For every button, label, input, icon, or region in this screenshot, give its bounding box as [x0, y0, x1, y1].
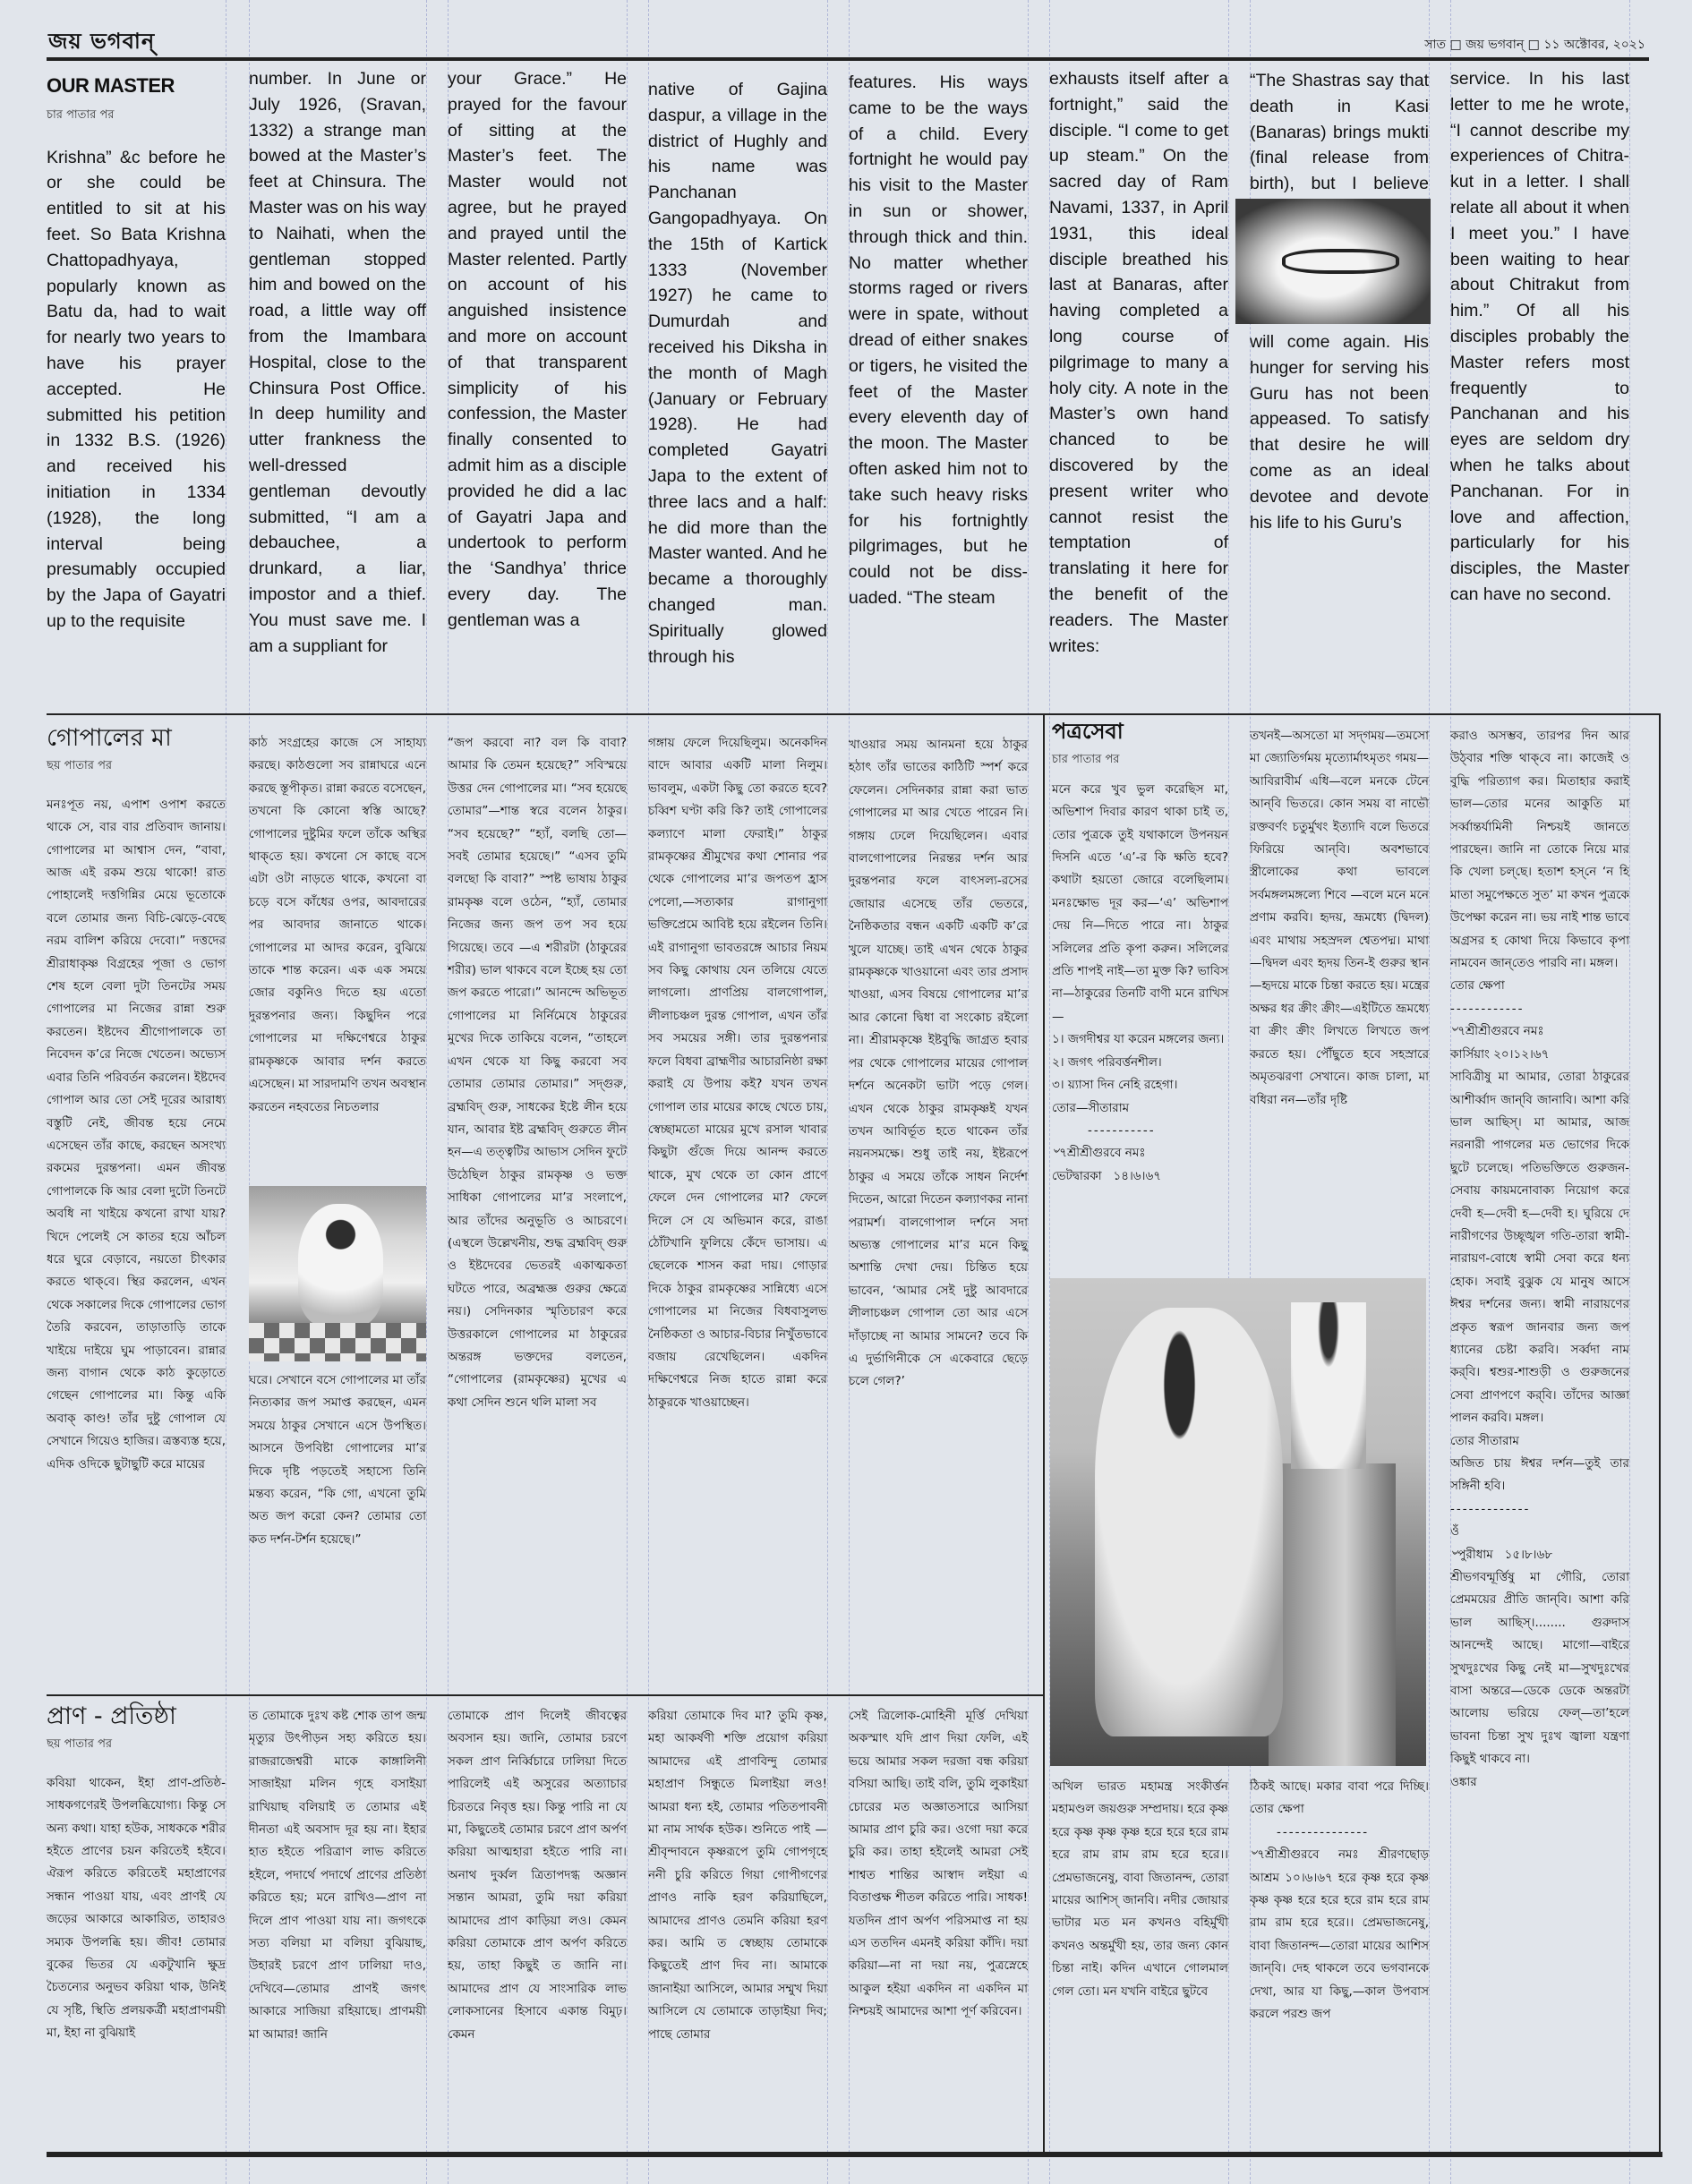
letter-signature: ওঙ্কার — [1450, 1771, 1629, 1794]
letter-text: ৺৭শ্রীশ্রীগুরবে নমঃ শ্রীরণছোড় আশ্রম ১০।… — [1250, 1844, 1429, 2026]
krishna-figure — [298, 1204, 383, 1327]
prana-col-5: সেই ত্রিলোক-মোহিনী মূর্ত্তি দেখিয়া অকস্… — [849, 1705, 1028, 2024]
teaching-2: ২। জগৎ পরিবর্ত্তনশীল। — [1052, 1052, 1228, 1074]
patraseva-bottom-col-2: ঠিকই আছে। মকার বাবা পরে দিচ্ছি। তোর ক্ষে… — [1250, 1776, 1429, 2026]
divider-dashes: ------------- — [1450, 1498, 1629, 1521]
our-master-col-6: exhausts itself after a fortnight,” said… — [1049, 66, 1228, 659]
continued-from: ছয় পাতার পর — [47, 1733, 226, 1755]
article-text: কবিয়া থাকেন, ইহা প্রাণ-প্রতিষ্ঠ-সাধকগণে… — [47, 1772, 226, 2045]
article-text: মনঃপূত নয়, এপাশ ওপাশ করতে থাকে সে, বার … — [47, 794, 226, 1476]
glasses-detail — [1282, 249, 1399, 274]
column-guide — [1028, 0, 1029, 2184]
column-guide — [426, 0, 427, 2184]
letter-place-date: ৺পুরীধাম ১৫।৮।৬৮ — [1450, 1544, 1629, 1566]
masthead: জয় ভগবান্ সাত □ জয় ভগবান্ □ ১১ অক্টোবর… — [47, 25, 1649, 61]
gopaler-ma-col-5: খাওয়ার সময় আনমনা হয়ে ঠাকুর হঠাৎ তাঁর … — [849, 734, 1028, 1394]
prana-col-3: তোমাকে প্রাণ দিলেই জীবত্বের অবসান হয়। জ… — [448, 1705, 627, 2046]
patraseva-col-3: করাও অসম্ভব, তারপর দিন আর উঠ্‌বার শক্তি … — [1450, 725, 1629, 1794]
section-divider — [47, 1694, 1043, 1696]
letter-heading: ৺৭শ্রীশ্রীগুরবে নমঃ — [1052, 1142, 1228, 1165]
continued-from: চার পাতার পর — [47, 103, 226, 129]
sadhu-figure — [1095, 1308, 1283, 1737]
letter-postscript: অজিত চায় ঈশ্বর দর্শন—তুই তার সঙ্গিনী হব… — [1450, 1453, 1629, 1498]
column-guide — [627, 0, 628, 2184]
checkered-floor — [249, 1323, 426, 1361]
portrait-photo — [1235, 199, 1431, 324]
our-master-col-2: number. In June or July 1926, (Sravan, 1… — [249, 66, 426, 659]
patraseva-bottom-col-1: অখিল ভারত মহামন্ত্র সংকীর্ত্তন মহামণ্ডল … — [1052, 1776, 1228, 2003]
patraseva-col-1: পত্রসেবা চার পাতার পর মনে করে খুব ভুল কর… — [1052, 721, 1228, 1188]
newspaper-logo: জয় ভগবান্ — [48, 25, 155, 61]
letter-text: ঠিকই আছে। মকার বাবা পরে দিচ্ছি। তোর ক্ষে… — [1250, 1776, 1429, 1821]
letter-signature: তোর সীতারাম — [1450, 1430, 1629, 1453]
our-master-col-5: features. His ways came to be the ways o… — [849, 70, 1028, 611]
letter-place-date: কার্সিয়াং ২০।১২।৬৭ — [1450, 1044, 1629, 1066]
statue-detail — [1291, 1302, 1366, 1468]
letter-place-date: ভেটদ্বারকা ১৪।৬।৬৭ — [1052, 1165, 1228, 1188]
section-title: গোপালের মা — [47, 727, 226, 749]
divider-dashes: --------------- — [1250, 1821, 1429, 1844]
gopaler-ma-col-4: গঙ্গায় ফেলে দিয়েছিলুম। অনেকদিন বাদে আব… — [648, 732, 827, 1414]
our-master-col-4: native of Gajina daspur, a village in th… — [648, 77, 827, 670]
page-dateline: সাত □ জয় ভগবান্ □ ১১ অক্টোবর, ২০২১ — [1424, 34, 1645, 55]
patraseva-col-2: তখনই—অসতো মা সদ্‌গময়—তমসো মা জ্যোতির্গম… — [1250, 725, 1429, 1112]
continued-from: চার পাতার পর — [1052, 748, 1228, 771]
gopaler-ma-col-1: গোপালের মা ছয় পাতার পর মনঃপূত নয়, এপাশ… — [47, 727, 226, 1476]
letter-text: সাবিত্রীষু মা আমার, তোরা ঠাকুরের আশীর্ব্… — [1450, 1066, 1629, 1430]
gopaler-ma-col-2-continued: ঘরে। সেখানে বসে গোপালের মা তাঁর নিত্যকার… — [249, 1369, 426, 1551]
gopaler-ma-col-3: “জপ করবো না? বল কি বাবা? আমার কি তেমন হয… — [448, 732, 627, 1414]
column-guide — [226, 0, 226, 2184]
pillar-detail — [1269, 1463, 1397, 1766]
teaching-1: ১। জগদীশ্বর যা করেন মঙ্গলের জন্য। — [1052, 1028, 1228, 1051]
prana-col-1: প্রাণ - প্রতিষ্ঠা ছয় পাতার পর কবিয়া থা… — [47, 1705, 226, 2045]
our-master-col-3: your Grace.” He prayed for the favour of… — [448, 66, 627, 634]
prana-col-2: ত তোমাকে দুঃখ কষ্ট শোক তাপ জন্ম মৃত্যুর … — [249, 1705, 426, 2046]
om-symbol: ওঁ — [1450, 1521, 1629, 1543]
column-guide — [827, 0, 828, 2184]
our-master-col-1: OUR MASTER চার পাতার পর Krishna” &c befo… — [47, 73, 226, 635]
our-master-col-7-continued: will come again. His hunger for serving … — [1250, 329, 1429, 535]
divider-dashes: ----------- — [1052, 1120, 1228, 1142]
divider-dashes: ------------ — [1450, 998, 1629, 1020]
teaching-3: ৩। য়্যাসা দিন নেহি রহেগা। — [1052, 1074, 1228, 1096]
letter-signature: তোর ক্ষেপা — [1450, 975, 1629, 997]
gopaler-ma-col-2: কাঠ সংগ্রহের কাজে সে সাহায্য করছে। কাঠগু… — [249, 732, 426, 1180]
continued-from: ছয় পাতার পর — [47, 755, 226, 777]
letter-text: শ্রীভগবন্মূর্ত্তিষু মা গৌরি, তোরা প্রেমম… — [1450, 1566, 1629, 1771]
letter-text: মনে করে খুব ভুল করেছিস মা, অভিশাপ দিবার … — [1052, 779, 1228, 1028]
letter-signature: তোর—সীতারাম — [1052, 1097, 1228, 1120]
prana-col-4: করিয়া তোমাকে দিব মা? তুমি কৃষ্ণ, মহা আক… — [648, 1705, 827, 2046]
article-text: Krishna” &c before he or she could be en… — [47, 145, 226, 635]
footer-rule — [47, 2152, 1662, 2157]
section-title: পত্রসেবা — [1052, 721, 1228, 743]
section-divider — [47, 713, 1043, 715]
sadhu-photo — [1050, 1278, 1426, 1766]
our-master-col-8: service. In his last letter to me he wro… — [1450, 66, 1629, 608]
letter-text: করাও অসম্ভব, তারপর দিন আর উঠ্‌বার শক্তি … — [1450, 725, 1629, 975]
section-title: প্রাণ - প্রতিষ্ঠা — [47, 1705, 226, 1728]
bal-gopal-photo — [249, 1186, 426, 1361]
section-title: OUR MASTER — [47, 73, 226, 99]
letter-heading: ৺৭শ্রীশ্রীগুরবে নমঃ — [1450, 1020, 1629, 1043]
